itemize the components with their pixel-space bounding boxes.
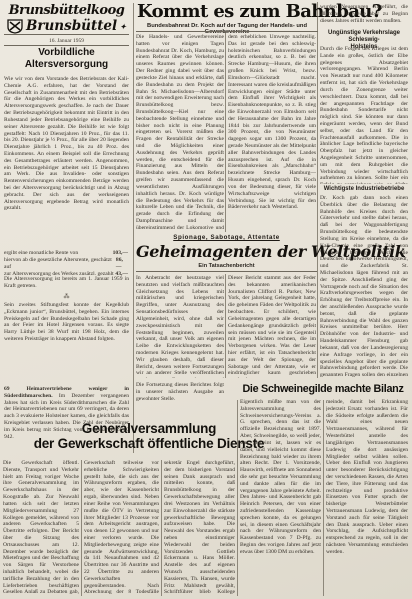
main-headline: Kommt es zum Bahnbau? [137, 1, 323, 22]
main-subtitle-rule [136, 31, 318, 32]
newspaper-page: Brunsbüttelkoog Brunsbüttel ✦ 16. Januar… [0, 0, 412, 599]
feature-headline: Geheimagenten der Weltpolitik [136, 242, 317, 261]
feature-continuation: Die Fortsetzung dieses Berichtes folgt i… [136, 382, 224, 416]
guild-column-1: Eigentlich müßte man von der Jahresversa… [240, 399, 321, 596]
table-row-value: 86,— [116, 257, 128, 271]
feature-subhead: Ein Tatsachenbericht [136, 263, 317, 269]
feature-column-2: Dieser Bericht stammt aus der Feder des … [228, 275, 316, 378]
column-rule-2-mid [225, 274, 226, 378]
col1-item-kegelklub: Sein zweites Stiftungsfest konnte der Ke… [4, 302, 129, 382]
column-rule-3 [317, 2, 318, 378]
union-column-2: Gewerkschaft teilweise vor erhebliche Sc… [84, 460, 159, 596]
col1-para1-text: Wie wir von dem Vorstande des Betriebsra… [4, 76, 129, 130]
main-column-d-text1: Durch die Folgen des Krieges ist dem Lan… [320, 46, 408, 184]
masthead-title-line1: Brunsbüttelkoog [2, 3, 131, 18]
guild-column-2: meinde, damit bei Erkrankung jederzeit E… [326, 399, 408, 596]
union-column-3: sekretär Engel durchgeführt, der dem bis… [164, 460, 235, 596]
masthead-ornament-icon: ✦ [120, 22, 126, 31]
masthead-rule-bottom [4, 45, 129, 46]
column-rule-bottom-1 [81, 460, 82, 596]
subhead-industriebetriebe: Wichtigste Industriebetriebe [320, 186, 408, 193]
col1-para2-text: Die Beihilfe ist wie folgt gestaffelt: N… [4, 124, 129, 212]
feature-column-1: In Anbetracht der heutzutage viel benutz… [136, 275, 224, 378]
col1-headline: Vorbildliche Altersversorgung [2, 47, 131, 70]
section-divider-glyph: ⁂ [2, 293, 131, 300]
col1-paragraph-1: Wie wir von dem Vorstande des Betriebsra… [4, 76, 129, 248]
main-column-d-intro: wurden Neuerungen eingeführt, die allerd… [320, 4, 408, 28]
column-rule-bottom-4 [323, 400, 324, 596]
table-row: ergibt eine monatliche Rente von 103,— [4, 250, 128, 257]
column-rule-1 [133, 3, 134, 453]
dateline: 16. Januar 1959 [2, 38, 131, 44]
col1-headline-line2: Altersversorgung [2, 59, 131, 71]
feature-kicker: Spionage, Sabotage, Attentate [136, 234, 317, 241]
col1-headline-line1: Vorbildliche [2, 47, 131, 59]
masthead-rule-top [4, 34, 129, 35]
pension-table: ergibt eine monatliche Rente von 103,— h… [4, 250, 128, 278]
column-rule-2-top [225, 32, 226, 232]
table-row-label: ergibt eine monatliche Rente von [4, 250, 78, 257]
guild-headline: Die Schweinegilde machte Bilanz [238, 383, 408, 395]
main-column-c: dem erheblichen Umwege nachteilig. Das i… [228, 34, 316, 232]
column-rule-bottom-2 [161, 460, 162, 596]
feature-rule [136, 271, 317, 272]
masthead-title-line2-wrap: Brunsbüttel ✦ [2, 18, 131, 34]
masthead-title-line2: Brunsbüttel [26, 18, 117, 34]
shield-crest-icon [7, 19, 23, 34]
main-column-b: Die Handels- und Gewerbevereine hatten v… [136, 34, 224, 232]
masthead: Brunsbüttelkoog Brunsbüttel ✦ [2, 3, 131, 34]
main-column-d-text2: Dr. Koch gab dann noch einen Überblick ü… [320, 195, 408, 378]
table-row-label: hiervon ab die gesetzliche Altersrente, … [4, 257, 116, 271]
table-row: hiervon ab die gesetzliche Altersrente, … [4, 257, 128, 271]
table-row-value: 103,— [113, 250, 128, 257]
col1-paragraph-3: Die Altersversorgung ist bereits am 1. J… [4, 276, 129, 292]
union-column-1: Die Gewerkschaft öffentl. Dienste, Trans… [3, 460, 79, 596]
subhead-verkehrslage-line1: Ungünstige Verkehrslage Schleswig- [320, 30, 408, 44]
